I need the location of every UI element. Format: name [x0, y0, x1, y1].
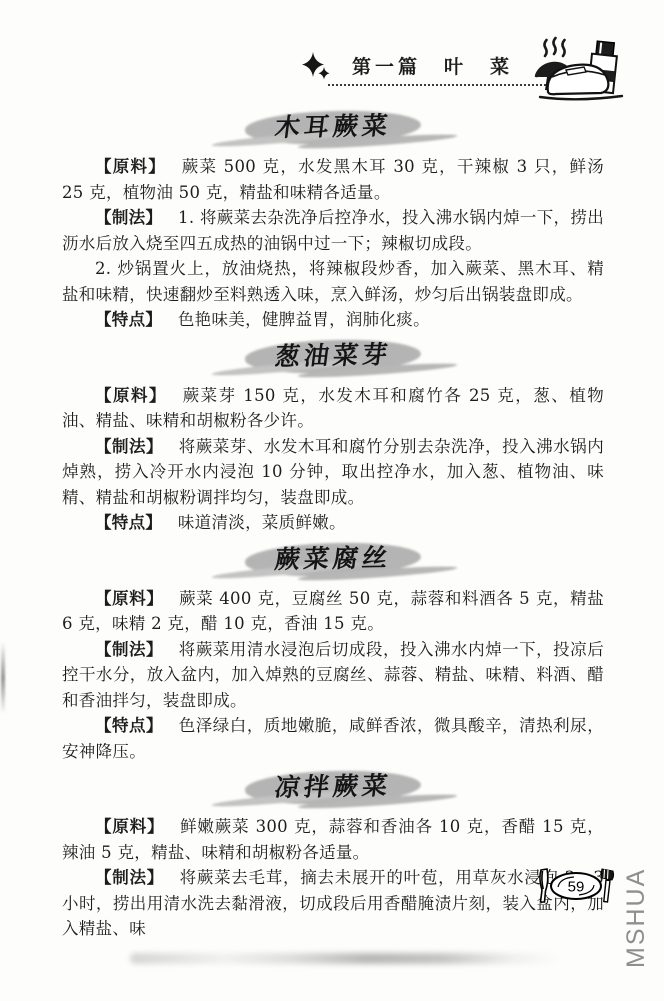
- paragraph-label: 【制法】: [95, 208, 162, 227]
- paragraph-label: 【原料】: [95, 817, 164, 836]
- page-header: 第一篇 叶 菜: [0, 0, 664, 104]
- recipe-section-4: 凉拌蕨菜 【原料】鲜嫩蕨菜 300 克，蒜蓉和香油各 10 克，香醋 15 克，…: [62, 767, 604, 942]
- paragraph-label: 【特点】: [95, 513, 162, 532]
- paragraph-label: 【特点】: [95, 310, 162, 329]
- recipe-paragraph: 2. 炒锅置火上，放油烧热，将辣椒段炒香，加入蕨菜、黑木耳、精盐和味精，快速翻炒…: [62, 256, 604, 307]
- recipe-paragraph: 【特点】味道清淡，菜质鲜嫩。: [62, 510, 604, 536]
- recipe-title-banner: 木耳蕨菜: [227, 107, 439, 149]
- paragraph-text: 色艳味美，健脾益胃，润肺化痰。: [178, 310, 430, 329]
- recipe-paragraph: 【制法】将蕨菜用清水浸泡后切成段，投入沸水内焯一下，投凉后控干水分，放入盆内，加…: [62, 637, 604, 714]
- recipe-paragraph: 【原料】蕨菜 500 克，水发黑木耳 30 克，干辣椒 3 只，鲜汤 25 克，…: [62, 154, 604, 205]
- knife-icon: [540, 869, 548, 902]
- paragraph-label: 【特点】: [95, 716, 163, 735]
- scanned-cookbook-page: 第一篇 叶 菜: [0, 0, 664, 1001]
- paragraph-label: 【原料】: [95, 589, 163, 608]
- recipe-title-banner: 蕨菜腐丝: [227, 539, 439, 581]
- recipe-paragraph: 【特点】色艳味美，健脾益胃，润肺化痰。: [62, 307, 604, 333]
- paragraph-label: 【原料】: [95, 157, 166, 176]
- paragraph-text: 2. 炒锅置火上，放油烧热，将辣椒段炒香，加入蕨菜、黑木耳、精盐和味精，快速翻炒…: [62, 259, 604, 304]
- recipe-title: 蕨菜腐丝: [224, 537, 441, 581]
- paragraph-text: 味道清淡，菜质鲜嫩。: [178, 513, 346, 532]
- recipe-paragraph: 【特点】色泽绿白，质地嫩脆，咸鲜香浓，微具酸辛，清热利尿，安神降压。: [62, 713, 604, 764]
- page-number-badge: 59: [534, 866, 618, 906]
- page-number: 59: [568, 879, 585, 896]
- scan-edge-artifact: [1, 642, 5, 714]
- fork-icon: [601, 869, 613, 902]
- recipe-title: 凉拌蕨菜: [224, 765, 441, 809]
- recipe-section-3: 蕨菜腐丝 【原料】蕨菜 400 克，豆腐丝 50 克，蒜蓉和料酒各 5 克，精盐…: [62, 539, 604, 765]
- recipe-paragraph: 【制法】将蕨菜芽、水发木耳和腐竹分别去杂洗净，投入沸水锅内焯熟，捞入冷开水内浸泡…: [62, 434, 604, 511]
- steaming-dish-illustration: [532, 34, 628, 106]
- recipes-content: 木耳蕨菜 【原料】蕨菜 500 克，水发黑木耳 30 克，干辣椒 3 只，鲜汤 …: [62, 104, 604, 942]
- ground-shadow: [540, 96, 622, 99]
- paragraph-label: 【制法】: [95, 437, 163, 456]
- recipe-paragraph: 【原料】蕨菜 400 克，豆腐丝 50 克，蒜蓉和料酒各 5 克，精盐 6 克，…: [62, 586, 604, 637]
- recipe-title: 木耳蕨菜: [224, 105, 441, 149]
- dotted-divider: [328, 84, 546, 86]
- recipe-paragraph: 【制法】将蕨菜去毛茸，摘去未展开的叶苞，用草灰水浸泡 2～3 小时，捞出用清水洗…: [62, 865, 604, 942]
- recipe-section-1: 木耳蕨菜 【原料】蕨菜 500 克，水发黑木耳 30 克，干辣椒 3 只，鲜汤 …: [62, 107, 604, 333]
- recipe-title-banner: 凉拌蕨菜: [227, 767, 439, 809]
- sparkle-icon: [300, 52, 340, 88]
- chapter-title: 第一篇 叶 菜: [352, 52, 552, 79]
- recipe-paragraph: 【原料】鲜嫩蕨菜 300 克，蒜蓉和香油各 10 克，香醋 15 克，辣油 5 …: [62, 814, 604, 865]
- scan-bleedthrough-artifact: [130, 953, 562, 964]
- steam-icon: [544, 38, 564, 56]
- recipe-section-2: 葱油菜芽 【原料】蕨菜芽 150 克，水发木耳和腐竹各 25 克，葱、植物油、精…: [62, 336, 604, 536]
- paragraph-label: 【制法】: [95, 868, 164, 887]
- recipe-paragraph: 【原料】蕨菜芽 150 克，水发木耳和腐竹各 25 克，葱、植物油、精盐、味精和…: [62, 383, 604, 434]
- recipe-title-banner: 葱油菜芽: [227, 336, 439, 378]
- watermark-text: MSHUA: [622, 872, 650, 968]
- recipe-title: 葱油菜芽: [224, 334, 441, 378]
- paragraph-label: 【原料】: [95, 386, 167, 405]
- recipe-paragraph: 【制法】1. 将蕨菜去杂洗净后控净水，投入沸水锅内焯一下，捞出沥水后放入烧至四五…: [62, 205, 604, 256]
- paragraph-label: 【制法】: [95, 640, 163, 659]
